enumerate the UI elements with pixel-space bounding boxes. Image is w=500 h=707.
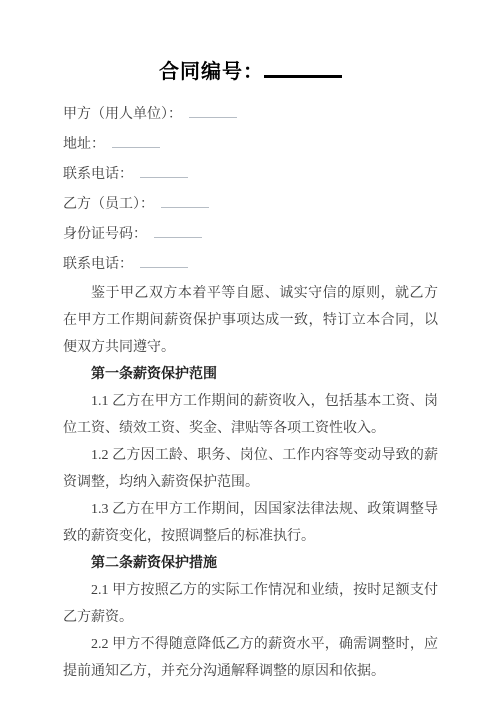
field-party-b-employee-blank-line [161,195,209,208]
party-info-fields: 甲方（用人单位）： 地址： 联系电话： 乙方（员工）： 身份证号码： 联系电话： [63,100,438,280]
clause-1-2: 1.2 乙方因工龄、职务、岗位、工作内容等变动导致的薪资调整，均纳入薪资保护范围… [63,442,438,496]
clause-2-2: 2.2 甲方不得随意降低乙方的薪资水平，确需调整时，应提前通知乙方，并充分沟通解… [63,631,438,685]
clause-2-1: 2.1 甲方按照乙方的实际工作情况和业绩，按时足额支付乙方薪资。 [63,577,438,631]
field-party-a-phone: 联系电话： [63,160,438,190]
clause-1-3: 1.3 乙方在甲方工作期间，因国家法律法规、政策调整导致的薪资变化，按照调整后的… [63,496,438,550]
field-address-blank-line [112,135,160,148]
field-party-b-employee-label: 乙方（员工）： [63,197,154,212]
field-party-a-employer: 甲方（用人单位）： [63,100,438,130]
document-title-label: 合同编号： [159,61,264,83]
field-party-b-phone: 联系电话： [63,250,438,280]
field-party-a-phone-blank-line [140,165,188,178]
field-party-b-phone-label: 联系电话： [63,257,133,272]
intro-paragraph: 鉴于甲乙双方本着平等自愿、诚实守信的原则，就乙方在甲方工作期间薪资保护事项达成一… [63,280,438,361]
section-2-heading: 第二条薪资保护措施 [63,550,438,577]
document-title: 合同编号： [63,58,438,86]
field-party-b-employee: 乙方（员工）： [63,190,438,220]
field-party-a-employer-label: 甲方（用人单位）： [63,107,182,122]
field-address: 地址： [63,130,438,160]
clause-1-1: 1.1 乙方在甲方工作期间的薪资收入，包括基本工资、岗位工资、绩效工资、奖金、津… [63,388,438,442]
field-party-b-phone-blank-line [140,255,188,268]
contract-document-page: 合同编号： 甲方（用人单位）： 地址： 联系电话： 乙方（员工）： 身份证号码：… [0,0,500,707]
field-id-number: 身份证号码： [63,220,438,250]
field-id-number-label: 身份证号码： [63,227,147,242]
field-id-number-blank-line [154,225,202,238]
field-party-a-employer-blank-line [189,105,237,118]
field-party-a-phone-label: 联系电话： [63,167,133,182]
field-address-label: 地址： [63,137,105,152]
contract-number-blank-line [264,61,342,78]
section-1-heading: 第一条薪资保护范围 [63,361,438,388]
